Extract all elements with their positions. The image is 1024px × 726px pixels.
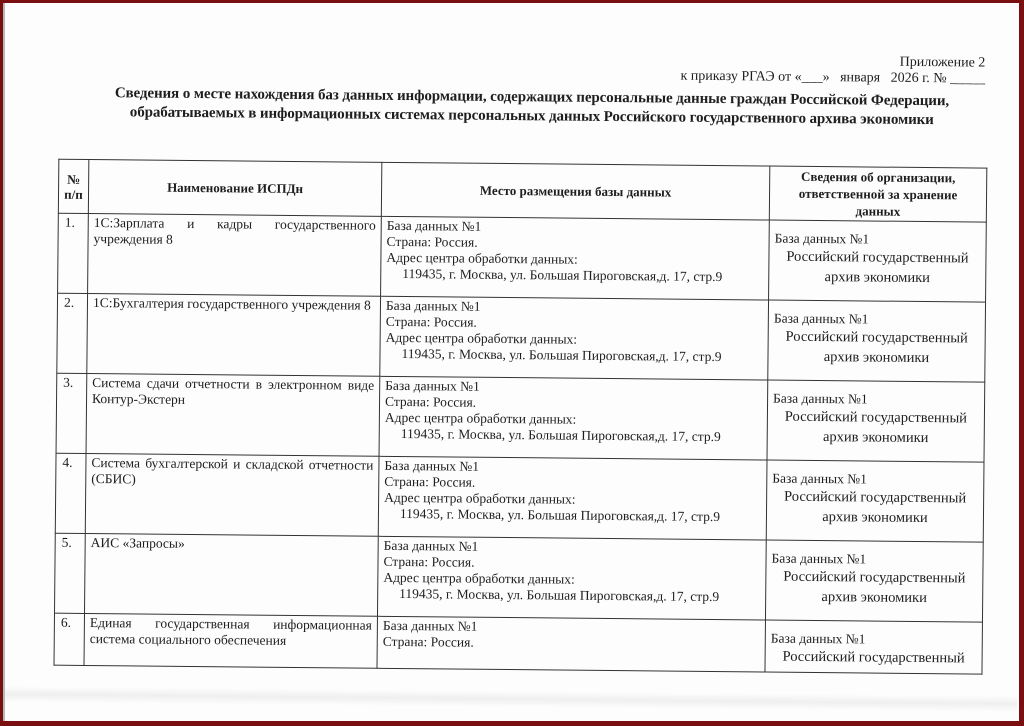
system-name: 1С:Бухгалтерия государственного учрежден… xyxy=(87,293,381,376)
org-db-label: База данных №1 xyxy=(771,551,977,568)
org-name: Российский государственный архив экономи… xyxy=(773,406,979,448)
address: 119435, г. Москва, ул. Большая Пироговск… xyxy=(384,506,761,526)
country: Страна: Россия. xyxy=(383,634,760,654)
address: 119435, г. Москва, ул. Большая Пироговск… xyxy=(386,266,763,286)
org-name: Российский государственный xyxy=(771,646,977,668)
org-db-label: База данных №1 xyxy=(772,471,978,488)
responsible-org: База данных №1 Российский государственны… xyxy=(765,620,982,674)
row-number: 6. xyxy=(54,613,84,665)
org-db-label: База данных №1 xyxy=(774,311,980,328)
system-name: Единая государственная информационная си… xyxy=(84,613,377,668)
db-location: База данных №1 Страна: Россия. xyxy=(377,616,765,672)
db-location: База данных №1 Страна: Россия.Адрес цент… xyxy=(380,296,769,380)
row-number: 1. xyxy=(58,213,89,293)
order-reference: к приказу РГАЭ от «___» января 2026 г. №… xyxy=(680,69,985,88)
table-row: 3. Система сдачи отчетности в электронно… xyxy=(56,373,985,462)
header-organization: Сведения об организации, ответственной з… xyxy=(769,166,987,222)
responsible-org: База данных №1 Российский государственны… xyxy=(767,380,985,462)
address: 119435, г. Москва, ул. Большая Пироговск… xyxy=(385,346,762,366)
org-name: Российский государственный архив экономи… xyxy=(774,246,980,288)
address: 119435, г. Москва, ул. Большая Пироговск… xyxy=(383,586,760,606)
row-number: 5. xyxy=(55,533,86,613)
org-name: Российский государственный архив экономи… xyxy=(771,566,977,608)
address: 119435, г. Москва, ул. Большая Пироговск… xyxy=(385,426,762,446)
responsible-org: База данных №1 Российский государственны… xyxy=(766,460,984,542)
responsible-org: База данных №1 Российский государственны… xyxy=(768,300,986,382)
table-row: 4. Система бухгалтерской и складской отч… xyxy=(55,453,984,542)
header-num: № п/п xyxy=(58,159,89,213)
system-name: 1С:Зарплата и кадры государственного учр… xyxy=(88,213,382,296)
system-name: Система сдачи отчетности в электронном в… xyxy=(86,373,380,456)
table-row: 6. Единая государственная информационная… xyxy=(54,613,982,674)
row-number: 2. xyxy=(57,293,88,373)
db-location: База данных №1 Страна: Россия.Адрес цент… xyxy=(377,536,766,620)
org-db-label: База данных №1 xyxy=(773,391,979,408)
table-row: 2. 1С:Бухгалтерия государственного учреж… xyxy=(57,293,986,382)
org-name: Российский государственный архив экономи… xyxy=(773,326,979,368)
table-row: 5. АИС «Запросы» База данных №1 Страна: … xyxy=(55,533,984,622)
scanned-page: Приложение 2 к приказу РГАЭ от «___» янв… xyxy=(3,3,1019,721)
system-name: АИС «Запросы» xyxy=(85,533,379,616)
responsible-org: База данных №1 Российский государственны… xyxy=(765,540,983,622)
header-location: Место размещения базы данных xyxy=(381,162,770,220)
table-header-row: № п/п Наименование ИСПДн Место размещени… xyxy=(58,159,986,222)
org-db-label: База данных №1 xyxy=(775,231,981,248)
page-fold-shadow xyxy=(3,686,1017,712)
org-name: Российский государственный архив экономи… xyxy=(772,486,978,528)
table-row: 1. 1С:Зарплата и кадры государственного … xyxy=(58,213,987,302)
row-number: 4. xyxy=(55,453,86,533)
responsible-org: База данных №1 Российский государственны… xyxy=(769,220,987,302)
system-name: Система бухгалтерской и складской отчетн… xyxy=(85,453,379,536)
org-db-label: База данных №1 xyxy=(771,631,977,648)
db-location: База данных №1 Страна: Россия.Адрес цент… xyxy=(379,376,768,460)
db-location: База данных №1 Страна: Россия.Адрес цент… xyxy=(378,456,767,540)
document-viewer-frame: Приложение 2 к приказу РГАЭ от «___» янв… xyxy=(3,3,1019,721)
row-number: 3. xyxy=(56,373,87,453)
header-name: Наименование ИСПДн xyxy=(88,159,382,216)
document-title: Сведения о месте нахождения баз данных и… xyxy=(102,84,962,130)
ispdn-table: № п/п Наименование ИСПДн Место размещени… xyxy=(53,159,987,675)
db-location: База данных №1 Страна: Россия.Адрес цент… xyxy=(381,216,770,300)
appendix-header: Приложение 2 к приказу РГАЭ от «___» янв… xyxy=(680,53,985,88)
